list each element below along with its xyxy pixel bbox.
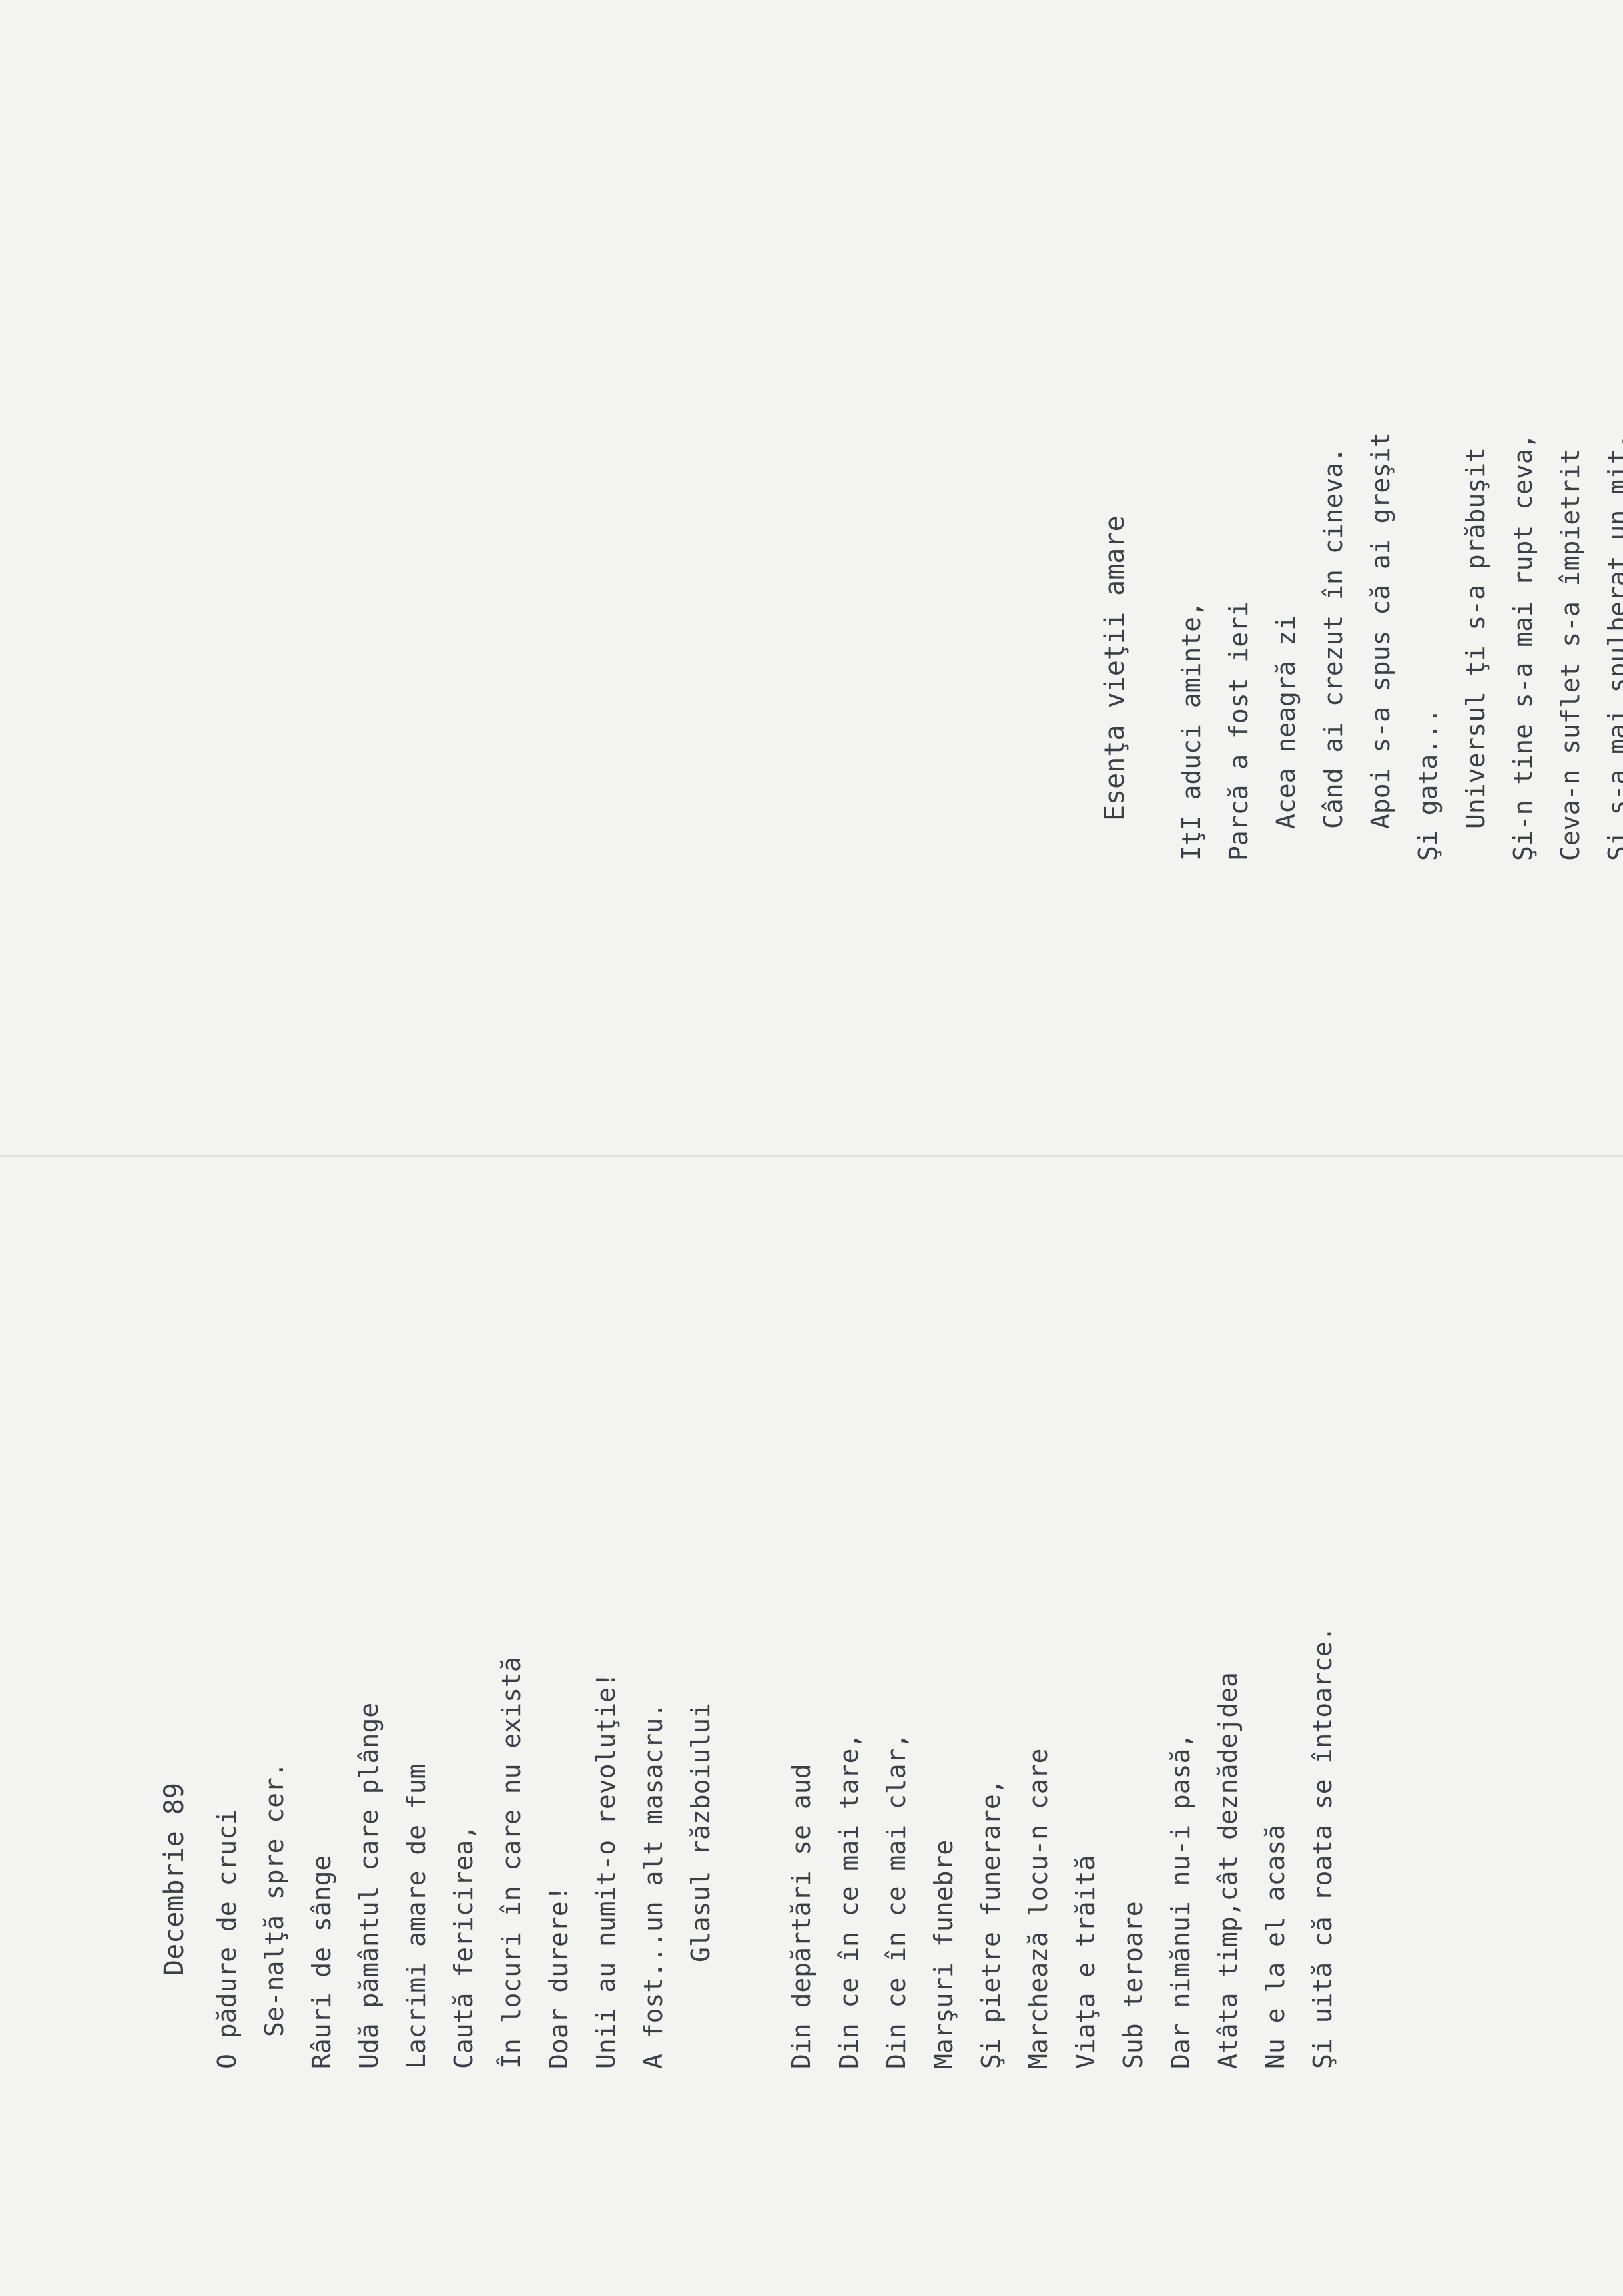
poem-line: Caută fericirea, (440, 1627, 488, 2069)
poem-line: Apoi s-a spus că ai greşit (1357, 432, 1405, 861)
poem-line: IţI aduci aminte, (1168, 432, 1215, 861)
poem-line: Ceva-n suflet s-a împietrit (1547, 432, 1594, 861)
poem-line: A fost...un alt masacru. (630, 1627, 677, 2069)
right-poems: IţI aduci aminte,Parcă a fost ieriAcea n… (1168, 432, 1623, 861)
poem-line: Când ai crezut în cineva. (1310, 432, 1357, 861)
poem-line: Sub teroare (1110, 1627, 1157, 2069)
poem-line: Din depărtări se aud (778, 1627, 826, 2069)
poem-subtitle: Glasul războiului (677, 1627, 725, 2069)
poem-title: Esenţa vieţii amare (1100, 515, 1130, 821)
poem-line: Doar durere! (535, 1627, 583, 2069)
poem-line: Din ce în ce mai clar, (873, 1627, 920, 2069)
left-poems: O pădure de cruciSe-nalţă spre cer.Râuri… (204, 1627, 1347, 2069)
poem-line: Lacrimi amare de fum (393, 1627, 440, 2069)
page-fold (0, 1155, 1623, 1157)
poem-line: Şi-n tine s-a mai rupt ceva, (1500, 432, 1547, 861)
poem-line: Universul ţi s-a prăbuşit (1452, 432, 1500, 861)
poem-line: Marchează locu-n care (1015, 1627, 1062, 2069)
poem-line: Şi pietre funerare, (968, 1627, 1015, 2069)
poem-line: O pădure de cruci (204, 1627, 251, 2069)
poem-line: Din ce în ce mai tare, (826, 1627, 873, 2069)
poem-line: Nu e la el acasă (1252, 1627, 1299, 2069)
poem-line: Dar nimănui nu-i pasă, (1157, 1627, 1205, 2069)
poem-line: Atâta timp,cât deznădejdea (1205, 1627, 1252, 2069)
poem-line: Viaţa e trăită (1062, 1627, 1110, 2069)
poem-line: În locuri în care nu există (488, 1627, 535, 2069)
poem-line: Marşuri funebre (920, 1627, 968, 2069)
poem-line: Şi gata... (1405, 432, 1452, 861)
poem-line: Şi s-a mai spulberat un mit. (1594, 432, 1623, 861)
poem-line: Parcă a fost ieri (1215, 432, 1263, 861)
poem-line: Râuri de sânge (298, 1627, 346, 2069)
poem-line: Acea neagră zi (1263, 432, 1310, 861)
poem-line: Se-nalţă spre cer. (251, 1627, 298, 2069)
poem-line: Şi uită că roata se întoarce. (1299, 1627, 1347, 2069)
poem-line: Udă pământul care plânge (346, 1627, 393, 2069)
poem-title: Decembrie 89 (159, 1783, 190, 1976)
poem-line: Unii au numit-o revoluţie! (583, 1627, 630, 2069)
